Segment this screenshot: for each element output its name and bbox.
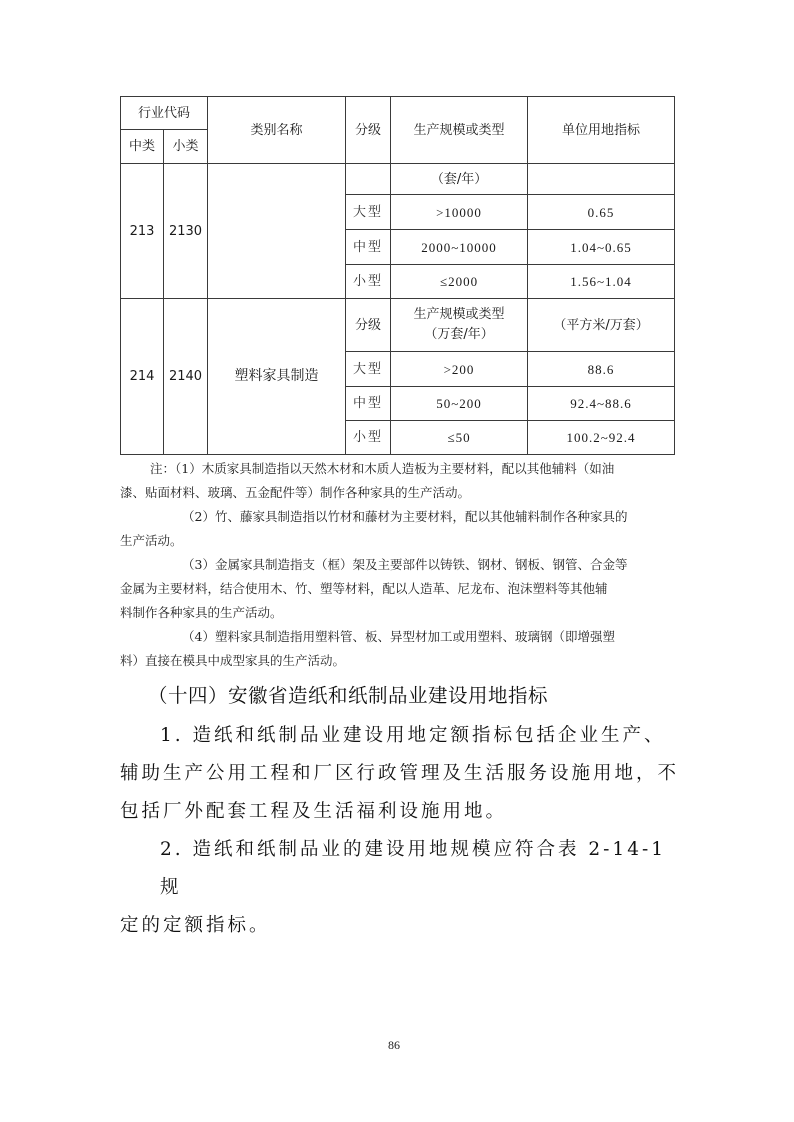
header-industry-code: 行业代码 — [121, 97, 208, 130]
index-cell: 0.65 — [528, 195, 675, 230]
header-scale-type: 生产规模或类型 — [391, 97, 528, 164]
subheader-scale: 生产规模或类型 （万套/年） — [391, 299, 528, 352]
header-land-index: 单位用地指标 — [528, 97, 675, 164]
note-1-line1: 注：（1）木质家具制造指以天然木材和木质人造板为主要材料，配以其他辅料（如油 — [120, 457, 680, 481]
note-4-line2: 料）直接在模具中成型家具的生产活动。 — [120, 649, 680, 673]
section-body: 1. 造纸和纸制品业建设用地定额指标包括企业生产、 辅助生产公用工程和厂区行政管… — [120, 717, 680, 945]
note-3-line2: 金属为主要材料，结合使用木、竹、塑等材料，配以人造革、尼龙布、泡沫塑料等其他辅 — [120, 577, 680, 601]
header-grade: 分级 — [346, 97, 391, 164]
scale-cell: 50~200 — [391, 387, 528, 421]
category-name-cell: 塑料家具制造 — [208, 299, 346, 455]
scale-cell: 2000~10000 — [391, 230, 528, 265]
note-2-line2: 生产活动。 — [120, 529, 680, 553]
paragraph-1-line3: 包括厂外配套工程及生活福利设施用地。 — [120, 793, 680, 831]
subheader-index-unit: （平方米/万套） — [528, 299, 675, 352]
scale-cell: ≤2000 — [391, 265, 528, 299]
note-4-line1: （4）塑料家具制造指用塑料管、板、异型材加工或用塑料、玻璃钢（即增强塑 — [120, 625, 680, 649]
section-heading: （十四）安徽省造纸和纸制品业建设用地指标 — [148, 680, 548, 708]
page-number: 86 — [388, 1038, 400, 1053]
document-page: 行业代码 类别名称 分级 生产规模或类型 单位用地指标 中类 小类 213 21… — [0, 0, 794, 1122]
note-3-line1: （3）金属家具制造指支（框）架及主要部件以铸铁、钢材、钢板、钢管、合金等 — [120, 553, 680, 577]
mid-class-cell: 213 — [121, 164, 164, 299]
table-row: 213 2130 （套/年） — [121, 164, 675, 195]
header-mid-class: 中类 — [121, 130, 164, 164]
scale-cell: >10000 — [391, 195, 528, 230]
grade-cell: 大型 — [346, 195, 391, 230]
header-category-name: 类别名称 — [208, 97, 346, 164]
land-use-index-table: 行业代码 类别名称 分级 生产规模或类型 单位用地指标 中类 小类 213 21… — [120, 96, 675, 455]
index-cell: 88.6 — [528, 352, 675, 387]
paragraph-1-line1: 1. 造纸和纸制品业建设用地定额指标包括企业生产、 — [120, 717, 680, 755]
subheader-scale-line1: 生产规模或类型 — [391, 305, 527, 325]
sub-class-cell: 2140 — [164, 299, 208, 455]
index-cell: 92.4~88.6 — [528, 387, 675, 421]
paragraph-2-line2: 定的定额指标。 — [120, 907, 680, 945]
scale-cell: >200 — [391, 352, 528, 387]
subheader-grade: 分级 — [346, 299, 391, 352]
grade-cell: 小型 — [346, 421, 391, 455]
subheader-scale-line2: （万套/年） — [391, 325, 527, 345]
index-cell: 100.2~92.4 — [528, 421, 675, 455]
grade-cell: 中型 — [346, 387, 391, 421]
note-3-line3: 料制作各种家具的生产活动。 — [120, 601, 680, 625]
sub-class-cell: 2130 — [164, 164, 208, 299]
scale-unit-cell: （套/年） — [391, 164, 528, 195]
grade-cell: 大型 — [346, 352, 391, 387]
note-1-line2: 漆、贴面材料、玻璃、五金配件等）制作各种家具的生产活动。 — [120, 481, 680, 505]
table-row: 214 2140 塑料家具制造 分级 生产规模或类型 （万套/年） （平方米/万… — [121, 299, 675, 352]
paragraph-2-line1: 2. 造纸和纸制品业的建设用地规模应符合表 2-14-1 规 — [120, 831, 680, 907]
grade-cell — [346, 164, 391, 195]
note-2-line1: （2）竹、藤家具制造指以竹材和藤材为主要材料，配以其他辅料制作各种家具的 — [120, 505, 680, 529]
header-sub-class: 小类 — [164, 130, 208, 164]
grade-cell: 中型 — [346, 230, 391, 265]
category-name-cell — [208, 164, 346, 299]
index-cell: 1.56~1.04 — [528, 265, 675, 299]
grade-cell: 小型 — [346, 265, 391, 299]
scale-cell: ≤50 — [391, 421, 528, 455]
table-notes: 注：（1）木质家具制造指以天然木材和木质人造板为主要材料，配以其他辅料（如油 漆… — [120, 457, 680, 673]
mid-class-cell: 214 — [121, 299, 164, 455]
paragraph-1-line2: 辅助生产公用工程和厂区行政管理及生活服务设施用地，不 — [120, 755, 680, 793]
index-cell — [528, 164, 675, 195]
index-cell: 1.04~0.65 — [528, 230, 675, 265]
